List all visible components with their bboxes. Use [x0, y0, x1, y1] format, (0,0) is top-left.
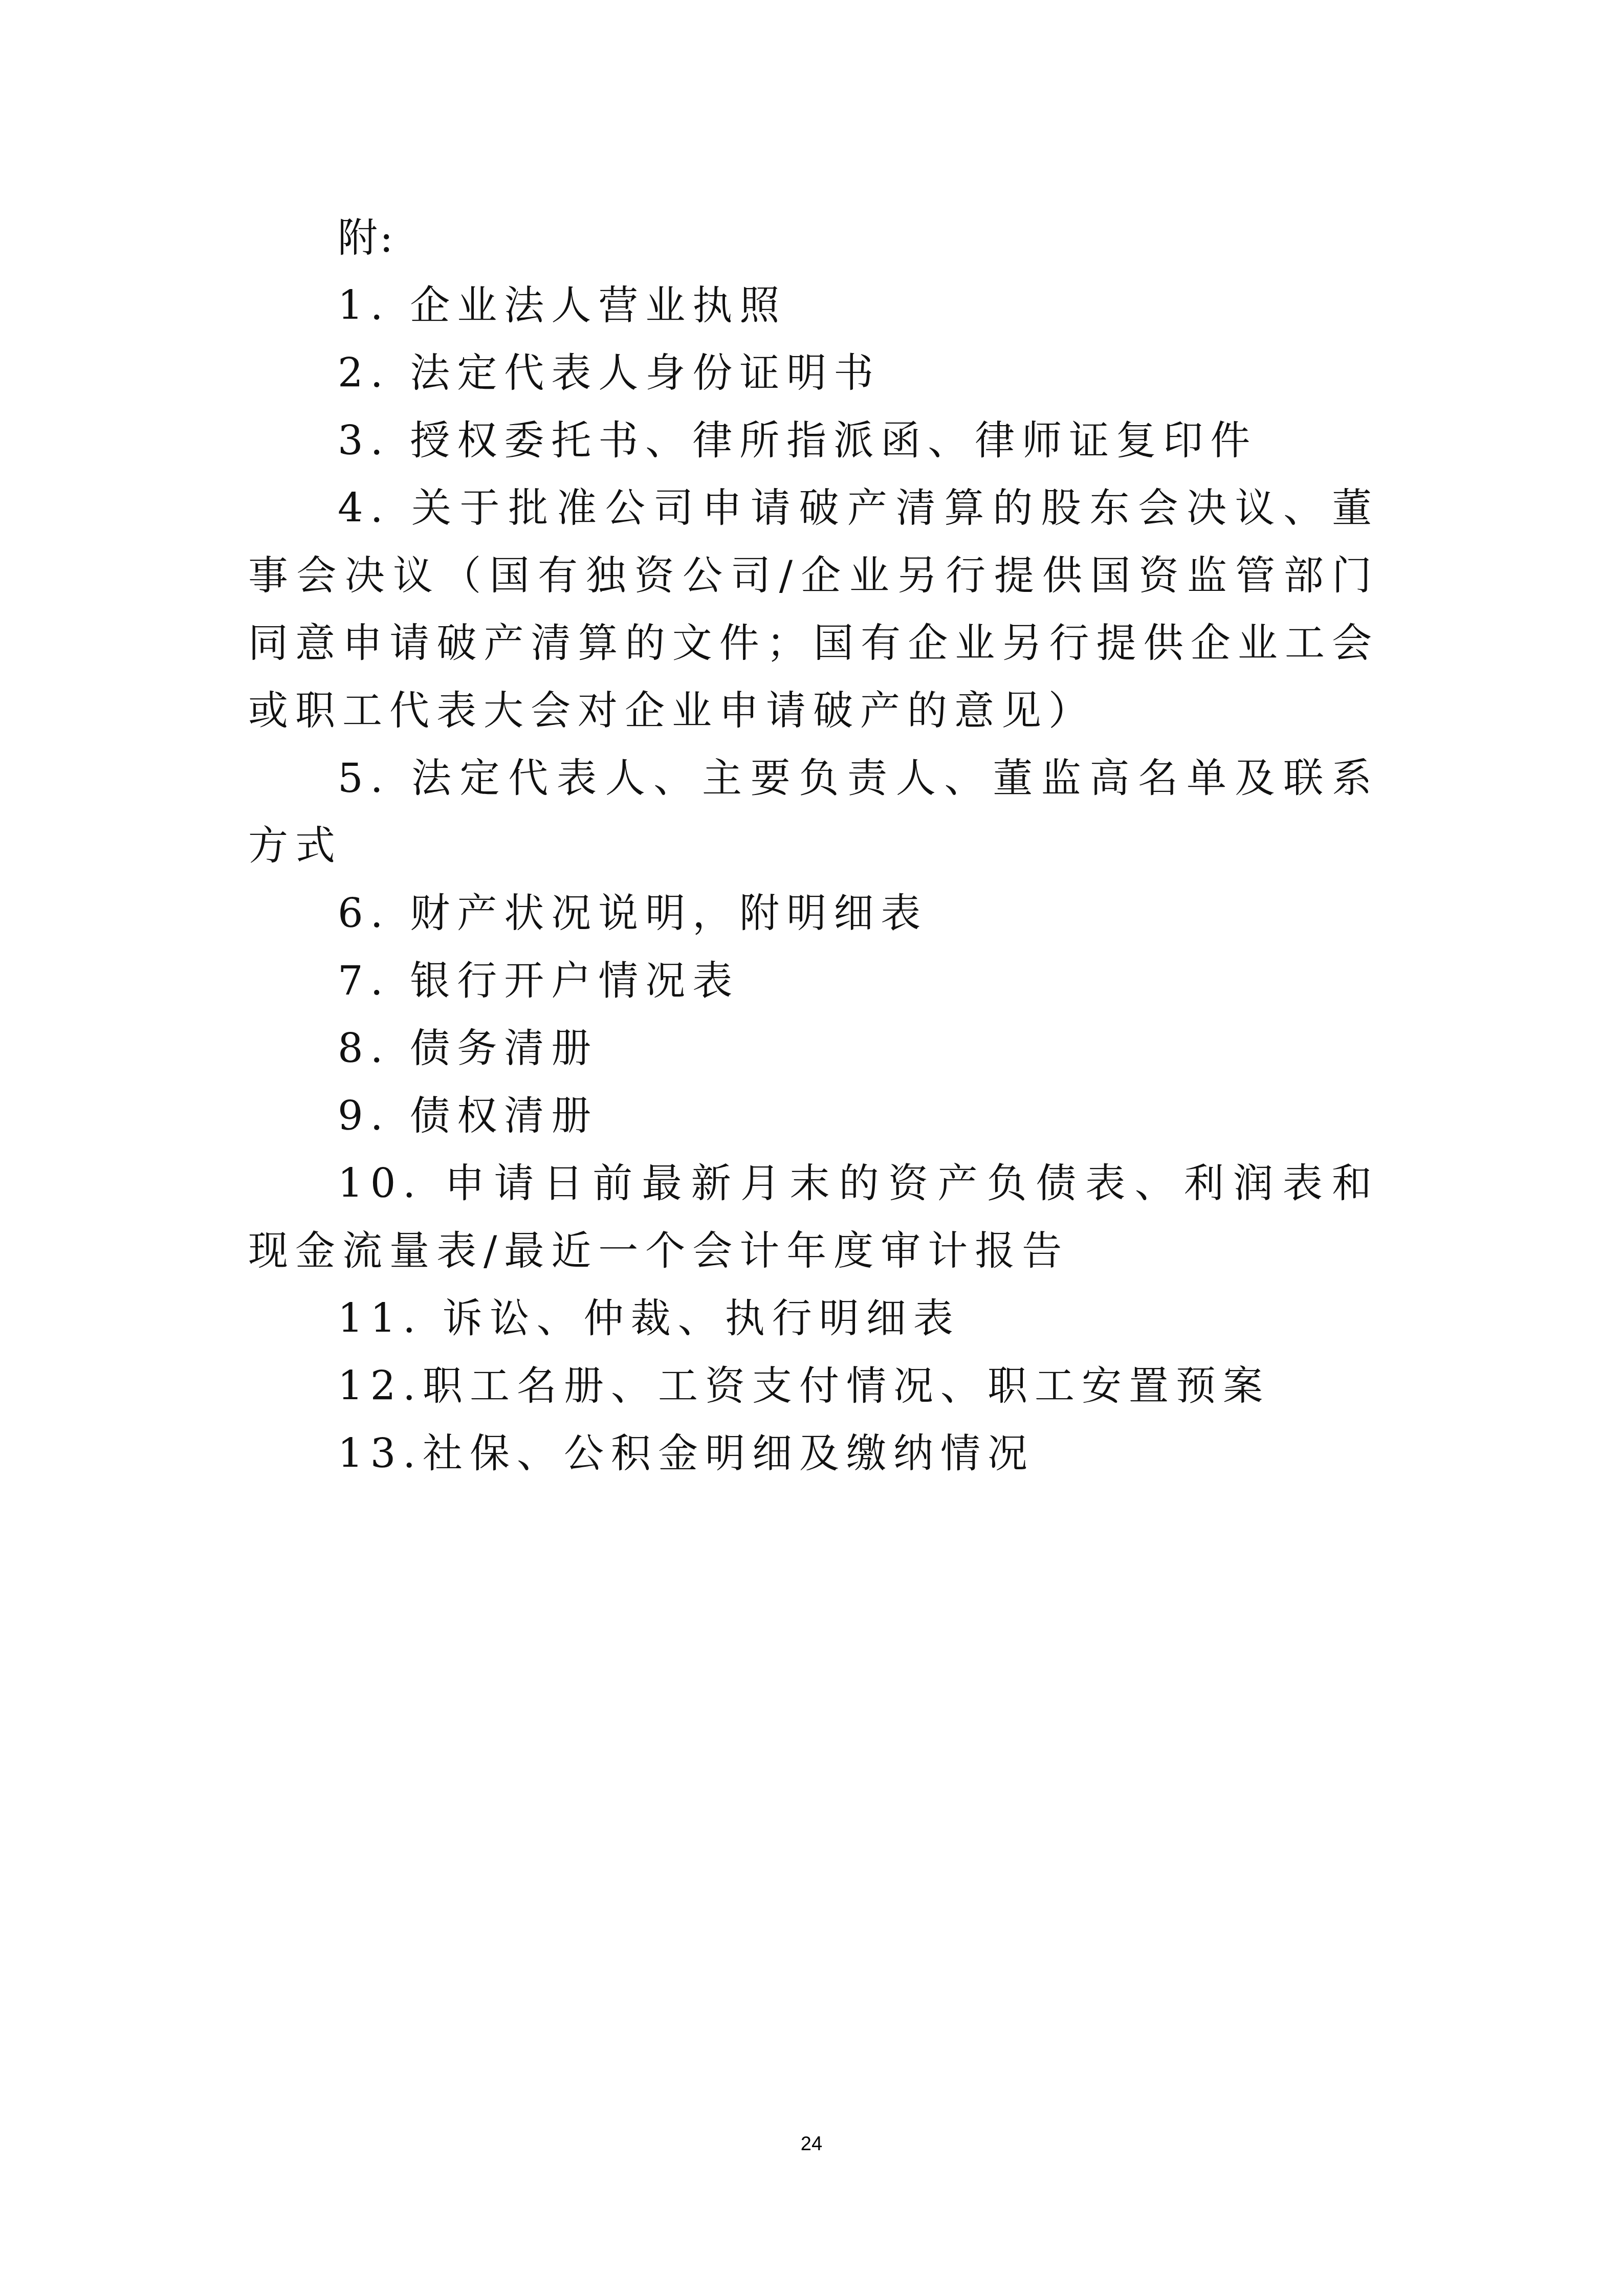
item-number: 11. — [338, 1296, 423, 1342]
item-text: 债务清册 — [410, 1026, 598, 1072]
list-item-1: 1. 企业法人营业执照 — [248, 272, 1379, 340]
item-number: 10. — [338, 1161, 423, 1207]
item-text: 财产状况说明，附明细表 — [410, 891, 928, 937]
item-text: 社保、公积金明细及缴纳情况 — [423, 1431, 1035, 1477]
item-text: 诉讼、仲裁、执行明细表 — [443, 1296, 960, 1342]
item-number: 1. — [338, 283, 390, 329]
item-number: 5. — [338, 756, 390, 802]
item-text: 企业法人营业执照 — [410, 283, 786, 329]
item-text: 债权清册 — [410, 1093, 598, 1139]
list-item-8: 8. 债务清册 — [248, 1015, 1379, 1083]
item-text: 授权委托书、律所指派函、律师证复印件 — [410, 418, 1257, 464]
list-item-9: 9. 债权清册 — [248, 1083, 1379, 1150]
item-text: 法定代表人身份证明书 — [410, 350, 881, 396]
item-text: 关于批准公司申请破产清算的股东会决议、董事会决议（国有独资公司/企业另行提供国资… — [248, 485, 1379, 734]
item-text: 银行开户情况表 — [410, 958, 739, 1004]
document-body: 附: 1. 企业法人营业执照 2. 法定代表人身份证明书 3. 授权委托书、律所… — [248, 205, 1379, 1488]
item-number: 3. — [338, 418, 390, 464]
list-item-6: 6. 财产状况说明，附明细表 — [248, 880, 1379, 947]
list-item-12: 12.职工名册、工资支付情况、职工安置预案 — [248, 1353, 1379, 1420]
item-text: 职工名册、工资支付情况、职工安置预案 — [423, 1363, 1270, 1409]
item-number: 2. — [338, 350, 390, 396]
item-number: 7. — [338, 958, 390, 1004]
list-item-2: 2. 法定代表人身份证明书 — [248, 340, 1379, 407]
page-number: 24 — [0, 2133, 1623, 2155]
item-number: 6. — [338, 891, 390, 937]
list-item-13: 13.社保、公积金明细及缴纳情况 — [248, 1420, 1379, 1488]
list-item-3: 3. 授权委托书、律所指派函、律师证复印件 — [248, 407, 1379, 475]
list-item-11: 11. 诉讼、仲裁、执行明细表 — [248, 1285, 1379, 1353]
item-number: 8. — [338, 1026, 390, 1072]
item-text: 法定代表人、主要负责人、董监高名单及联系方式 — [248, 756, 1379, 869]
list-item-4: 4. 关于批准公司申请破产清算的股东会决议、董事会决议（国有独资公司/企业另行提… — [248, 475, 1379, 745]
list-item-5: 5. 法定代表人、主要负责人、董监高名单及联系方式 — [248, 745, 1379, 880]
item-number: 4. — [338, 485, 390, 532]
attachment-heading: 附: — [248, 205, 1379, 272]
item-number: 13. — [338, 1431, 423, 1477]
list-item-7: 7. 银行开户情况表 — [248, 947, 1379, 1015]
item-number: 12. — [338, 1363, 423, 1409]
item-number: 9. — [338, 1093, 390, 1139]
list-item-10: 10. 申请日前最新月末的资产负债表、利润表和现金流量表/最近一个会计年度审计报… — [248, 1150, 1379, 1285]
